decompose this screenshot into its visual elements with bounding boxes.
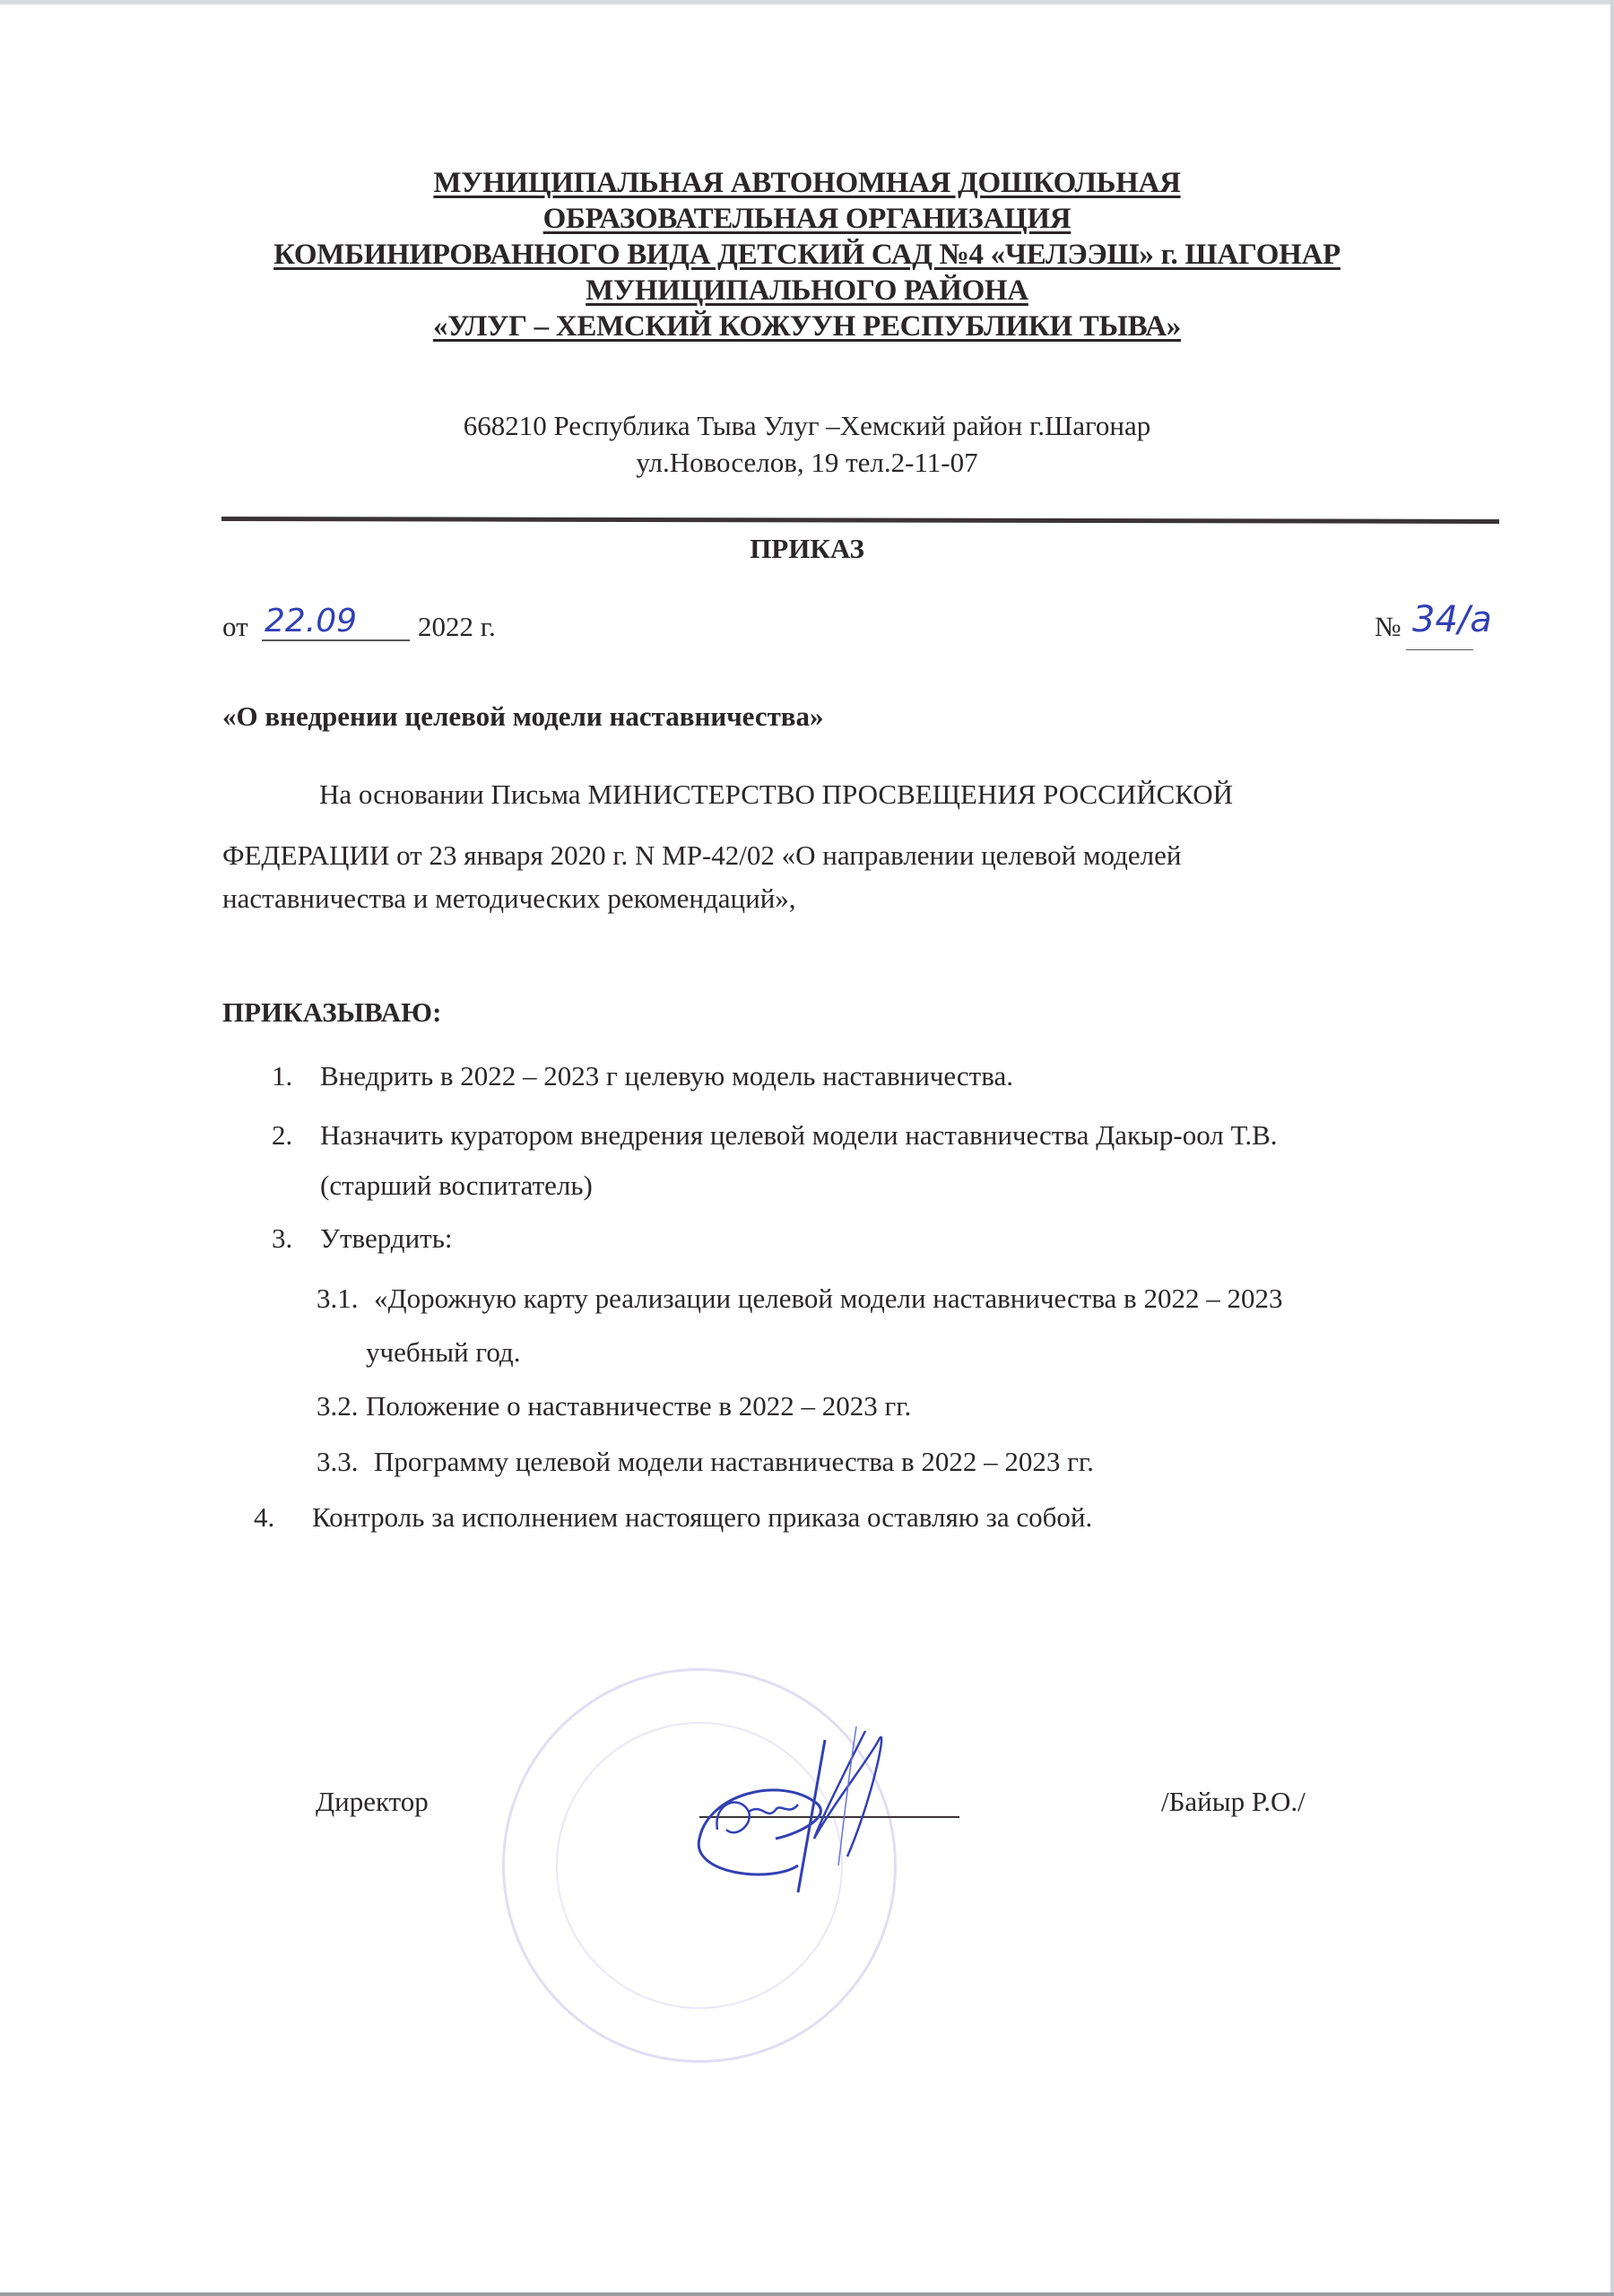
order-title: «О внедрении целевой модели наставничест… — [222, 702, 824, 730]
item-text: Утвердить: — [320, 1224, 452, 1252]
item-number: 1. — [272, 1062, 292, 1090]
org-line-2: ОБРАЗОВАТЕЛЬНАЯ ОРГАНИЗАЦИЯ — [0, 204, 1614, 234]
signer-position: Директор — [316, 1787, 429, 1815]
preamble-line-3: наставничества и методических рекомендац… — [222, 884, 796, 912]
signer-name: /Байыр Р.О./ — [1161, 1787, 1306, 1815]
order-heading: ПРИКАЗЫВАЮ: — [222, 998, 441, 1026]
subitem-text: «Дорожную карту реализации целевой модел… — [374, 1284, 1282, 1312]
subitem-number: 3.2. — [317, 1392, 359, 1420]
item-text-continued: (старший воспитатель) — [320, 1171, 593, 1199]
item-number: 3. — [272, 1224, 292, 1252]
item-text: Контроль за исполнением настоящего прика… — [312, 1503, 1092, 1531]
date-underline — [262, 639, 410, 641]
subitem-number: 3.3. — [317, 1448, 359, 1475]
number-prefix: № — [1375, 613, 1401, 640]
subitem-number: 3.1. — [317, 1284, 359, 1312]
org-line-1: МУНИЦИПАЛЬНАЯ АВТОНОМНАЯ ДОШКОЛЬНАЯ — [0, 169, 1614, 198]
address-line-1: 668210 Республика Тыва Улуг –Хемский рай… — [0, 412, 1614, 439]
number-underline — [1406, 649, 1473, 650]
date-handwritten: 22.09 — [265, 603, 357, 639]
org-line-3: КОМБИНИРОВАННОГО ВИДА ДЕТСКИЙ САД №4 «ЧЕ… — [0, 240, 1614, 270]
document-type: ПРИКАЗ — [0, 535, 1614, 562]
org-line-4: МУНИЦИПАЛЬНОГО РАЙОНА — [0, 276, 1614, 306]
scan-edge-bottom — [0, 2292, 1614, 2296]
preamble-line-1: На основании Письма МИНИСТЕРСТВО ПРОСВЕЩ… — [319, 780, 1233, 808]
subitem-text: Программу целевой модели наставничества … — [374, 1448, 1094, 1475]
scan-edge-right — [1610, 0, 1614, 2296]
org-line-5: «УЛУГ – ХЕМСКИЙ КОЖУУН РЕСПУБЛИКИ ТЫВА» — [0, 312, 1614, 342]
item-text: Внедрить в 2022 – 2023 г целевую модель … — [320, 1062, 1013, 1090]
subitem-text-continued: учебный год. — [366, 1338, 520, 1366]
number-handwritten: 34/а — [1412, 599, 1492, 640]
item-number: 2. — [272, 1121, 292, 1149]
scan-edge-top — [0, 0, 1614, 4]
date-prefix: от — [222, 613, 248, 640]
item-text: Назначить куратором внедрения целевой мо… — [320, 1121, 1278, 1149]
item-number: 4. — [254, 1503, 274, 1531]
address-line-2: ул.Новоселов, 19 тел.2-11-07 — [0, 448, 1614, 476]
preamble-line-2: ФЕДЕРАЦИИ от 23 января 2020 г. N МР-42/0… — [222, 841, 1182, 869]
subitem-text: Положение о наставничестве в 2022 – 2023… — [366, 1392, 911, 1420]
date-suffix: 2022 г. — [418, 613, 496, 640]
header-divider — [221, 517, 1499, 524]
handwritten-signature-icon — [664, 1704, 950, 1901]
